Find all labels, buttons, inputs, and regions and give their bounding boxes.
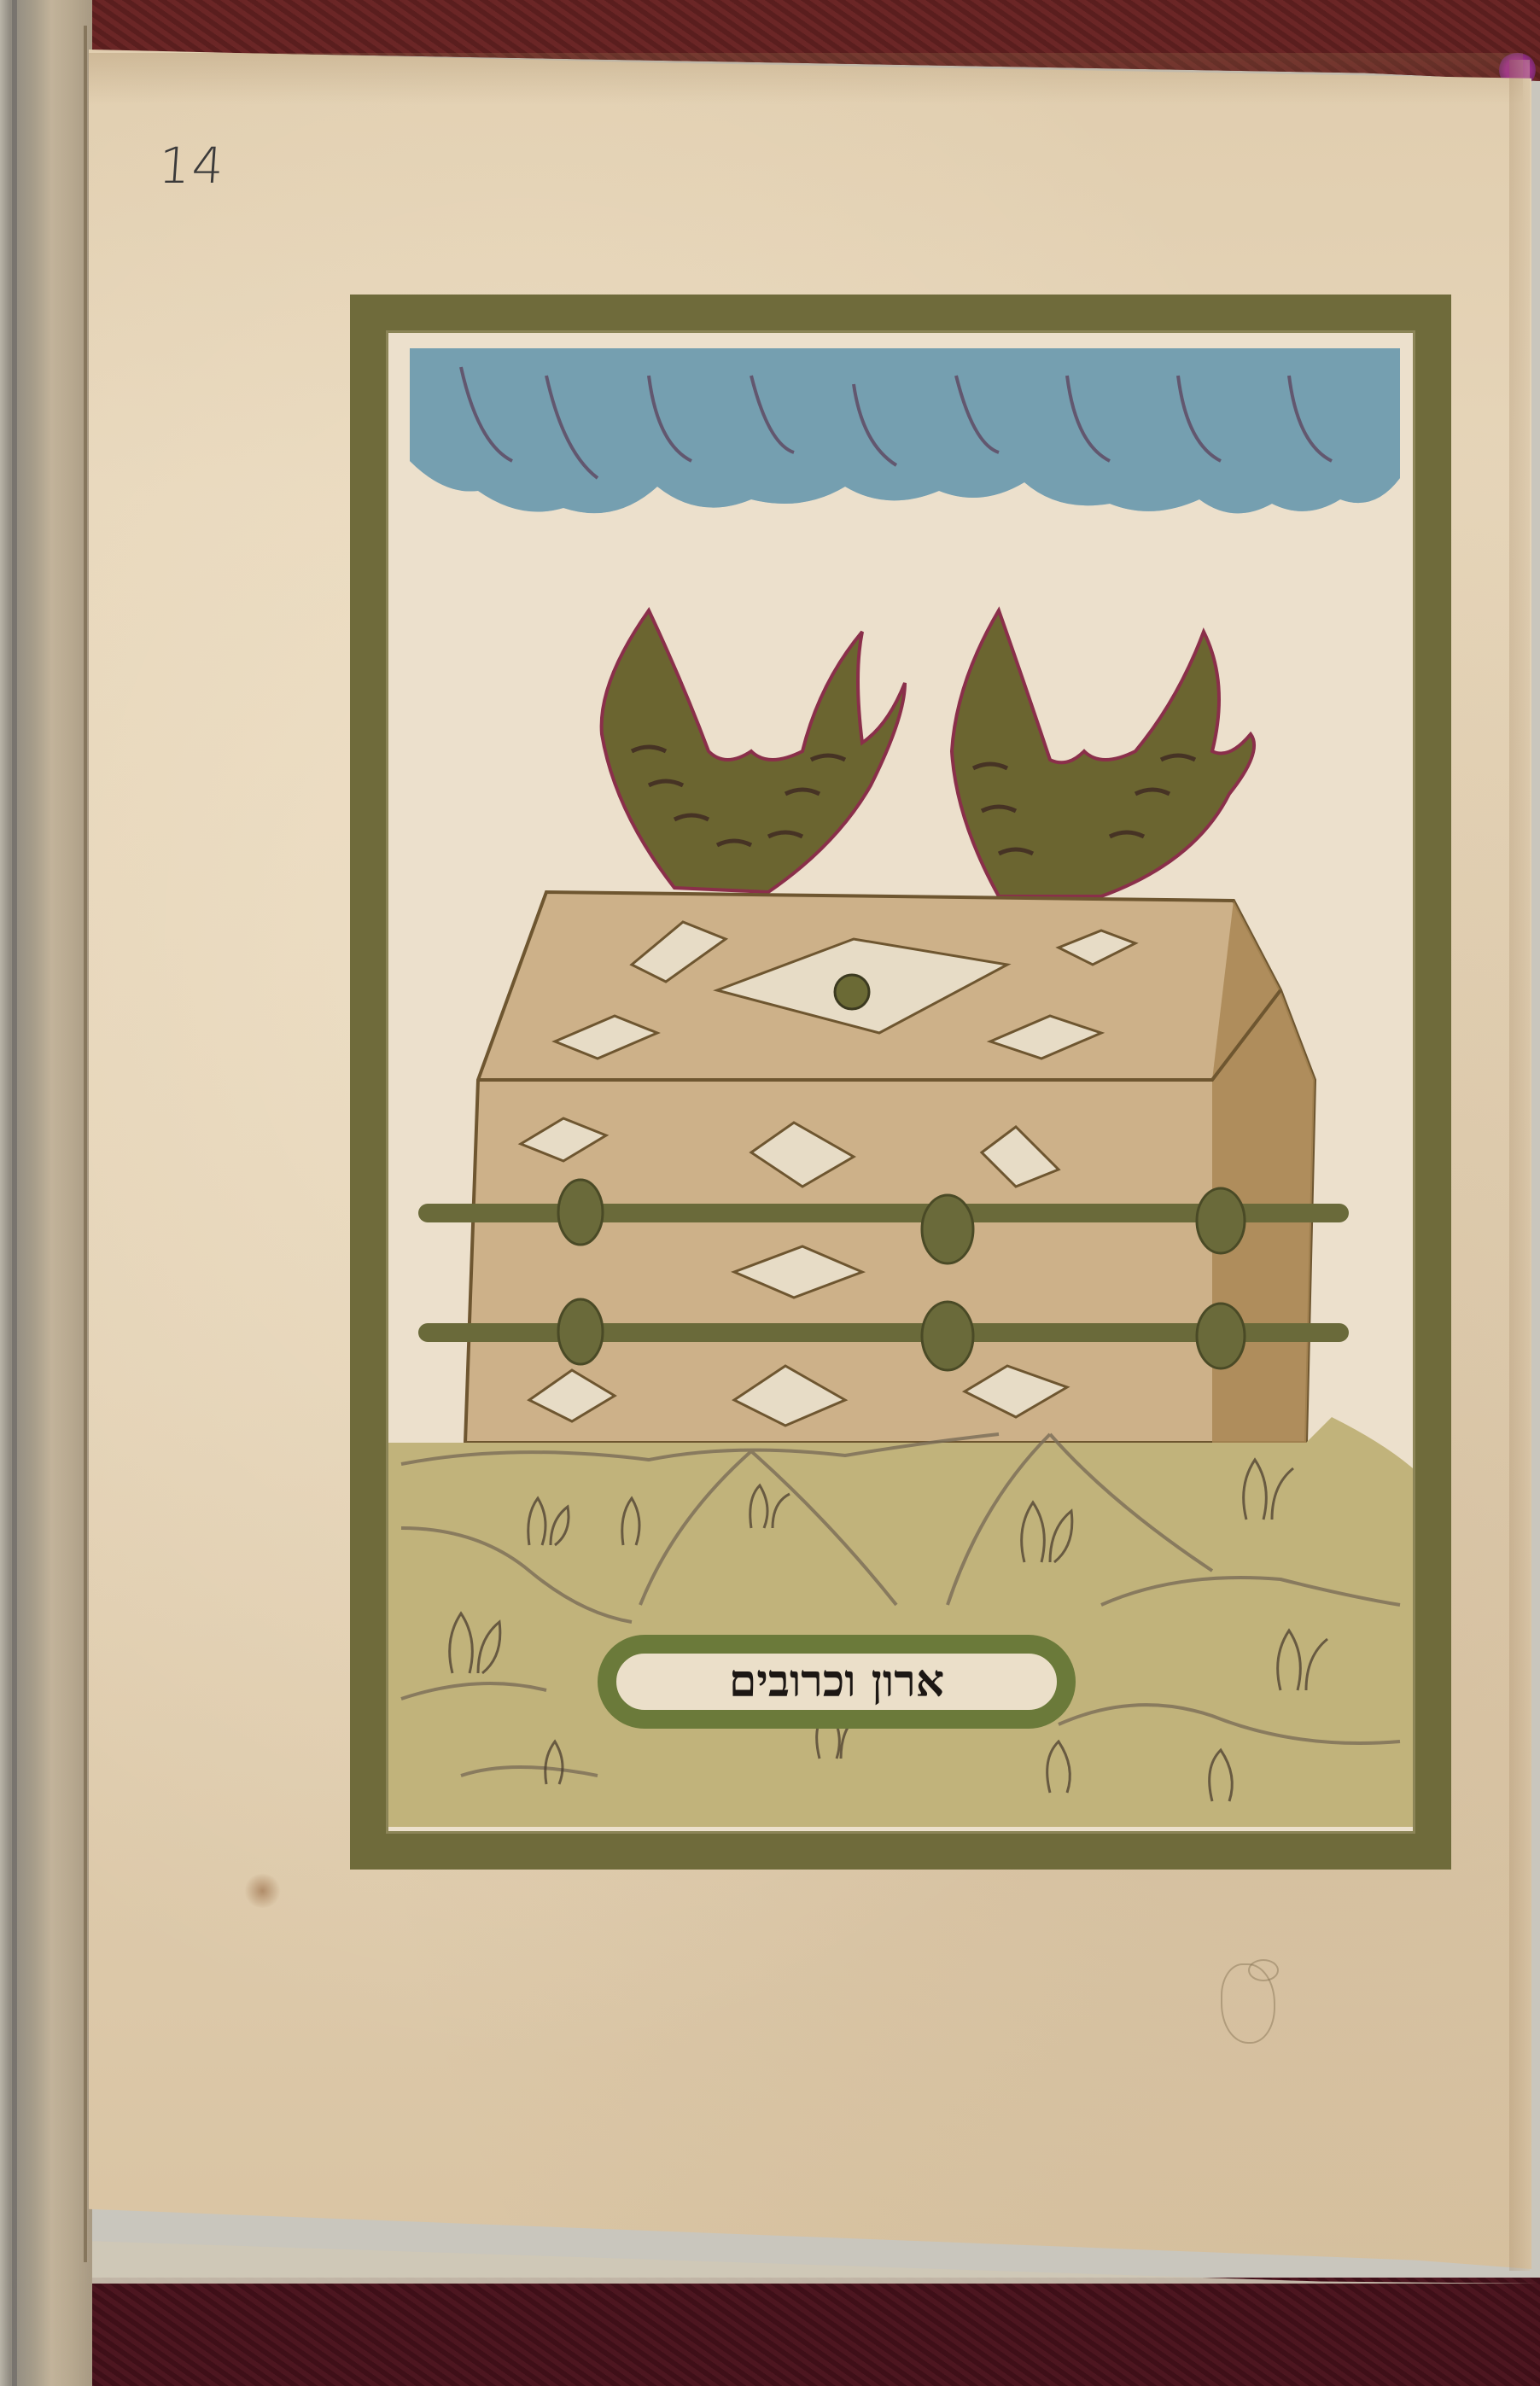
canopy bbox=[410, 348, 1400, 513]
cherubim bbox=[602, 610, 1254, 896]
caption-text: ארון וכרובים bbox=[729, 1660, 944, 1704]
ark-chest bbox=[418, 892, 1349, 1443]
caption-cartouche: ארון וכרובים bbox=[598, 1635, 1076, 1729]
hills bbox=[388, 1417, 1413, 1827]
ark-and-cherubim-illustration bbox=[0, 0, 1540, 2386]
